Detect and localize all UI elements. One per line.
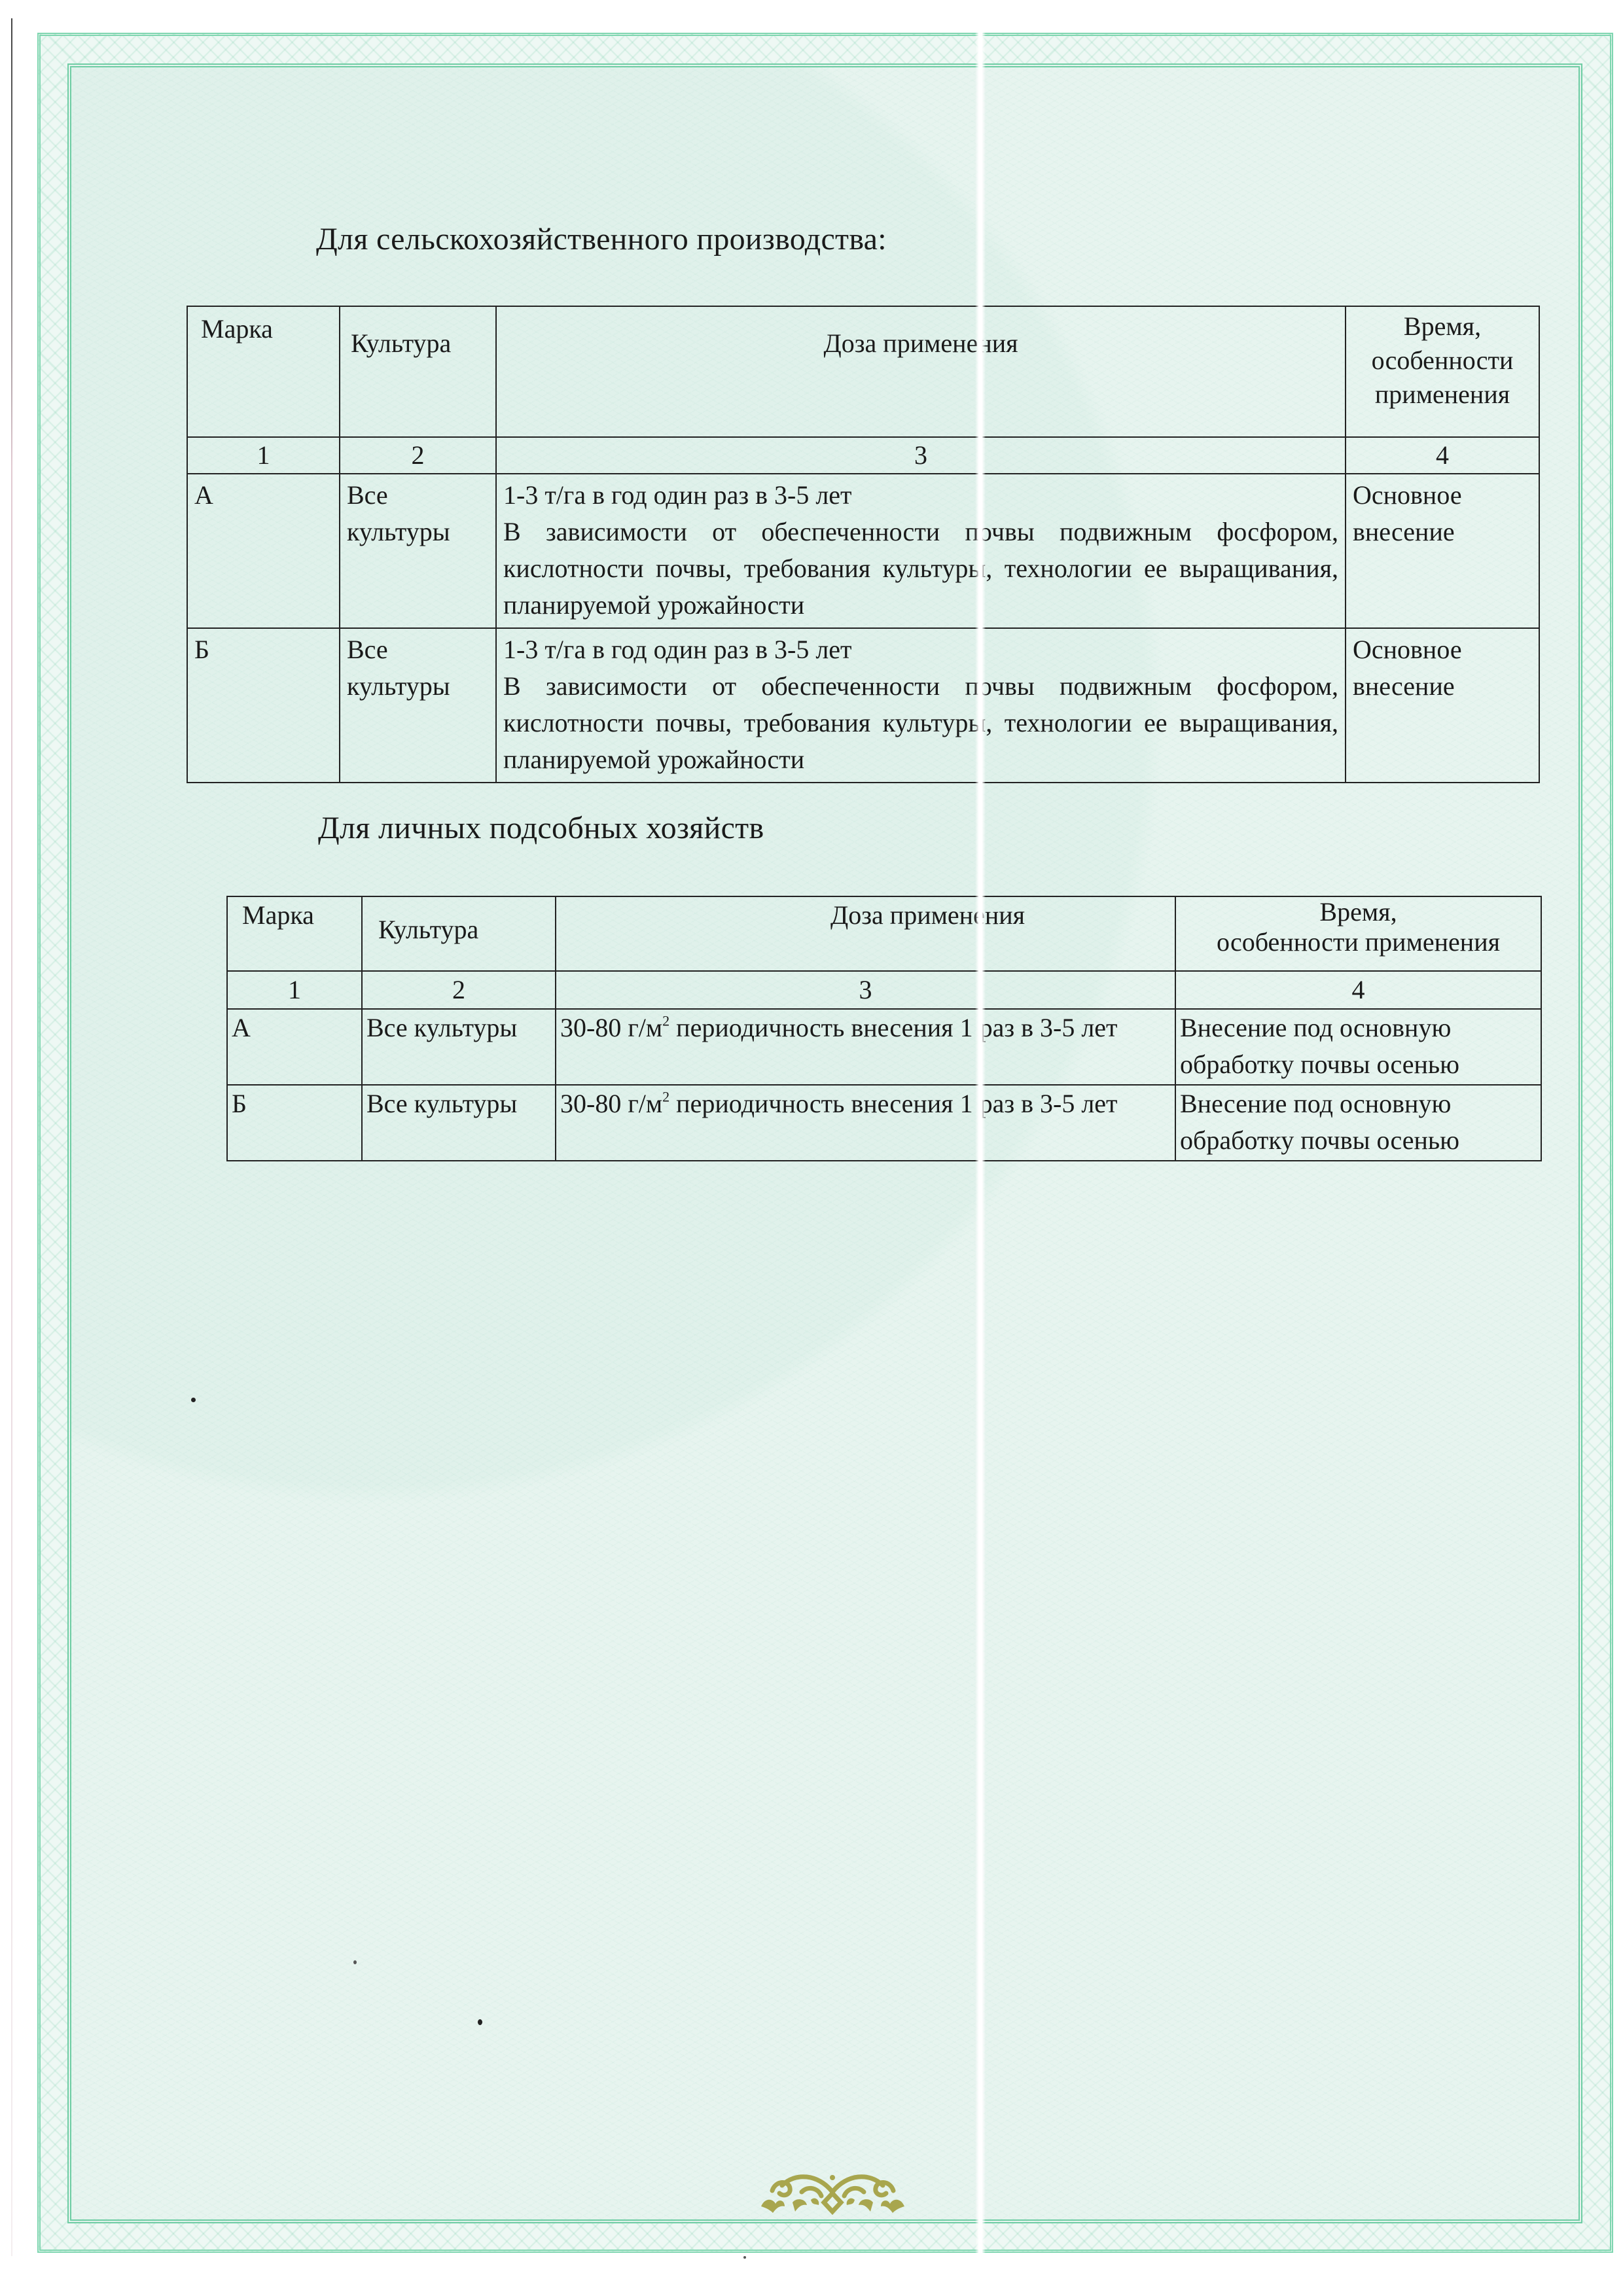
cell-mark: А <box>187 474 340 628</box>
dose-text: 30-80 г/м2 периодичность внесения 1 раз … <box>560 1086 1168 1122</box>
floral-ornament-icon <box>756 2166 910 2218</box>
header-time-line1: Время, <box>1319 897 1397 927</box>
agricultural-dosage-table: Марка Культура Доза применения Время, ос… <box>187 306 1540 783</box>
cell-crop: Все культуры <box>340 474 496 628</box>
section-title-private-households: Для личных подсобных хозяйств <box>318 810 764 846</box>
column-number-row: 1 2 3 4 <box>227 971 1541 1009</box>
table-row: А Все культуры 1-3 т/га в год один раз в… <box>187 474 1539 628</box>
dose-rate: 1-3 т/га в год один раз в 3-5 лет <box>503 477 1338 514</box>
private-household-dosage-table: Марка Культура Доза применения Время, ос… <box>226 896 1542 1161</box>
table-header-row: Марка Культура Доза применения Время, ос… <box>227 896 1541 971</box>
column-number: 2 <box>340 437 496 474</box>
unit-exponent: 2 <box>662 1089 669 1105</box>
scan-speck <box>191 1398 196 1402</box>
scan-speck <box>478 2019 482 2025</box>
cell-crop: Все культуры <box>362 1009 556 1085</box>
cell-mark: Б <box>187 628 340 783</box>
dose-rate: 1-3 т/га в год один раз в 3-5 лет <box>503 631 1338 668</box>
header-time: Время, особенности применения <box>1346 306 1539 437</box>
dose-conditions: В зависимости от обеспеченности почвы по… <box>503 514 1338 624</box>
header-mark: Марка <box>227 896 362 971</box>
header-crop: Культура <box>362 896 556 971</box>
scan-speck <box>353 1960 357 1964</box>
unit-exponent: 2 <box>662 1013 669 1029</box>
cell-crop: Все культуры <box>362 1085 556 1161</box>
section-title-agricultural: Для сельскохозяйственного производства: <box>316 221 887 257</box>
cell-dose: 30-80 г/м2 периодичность внесения 1 раз … <box>556 1085 1175 1161</box>
header-dose: Доза применения <box>496 306 1346 437</box>
column-number: 2 <box>362 971 556 1009</box>
dose-amount: 30-80 г/м <box>560 1089 662 1118</box>
header-crop: Культура <box>340 306 496 437</box>
cell-mark: Б <box>227 1085 362 1161</box>
cell-dose: 1-3 т/га в год один раз в 3-5 лет В зави… <box>496 474 1346 628</box>
cell-time: Внесение под основную обработку почвы ос… <box>1175 1009 1541 1085</box>
dose-conditions: В зависимости от обеспеченности почвы по… <box>503 668 1338 778</box>
scan-artifact-stripe <box>975 0 986 2296</box>
document-page: Для сельскохозяйственного производства: … <box>0 0 1623 2296</box>
cell-crop: Все культуры <box>340 628 496 783</box>
scan-edge-line <box>11 18 12 2256</box>
table-row: А Все культуры 30-80 г/м2 периодичность … <box>227 1009 1541 1085</box>
scan-speck <box>743 2256 746 2259</box>
header-time-line2: особенности применения <box>1217 927 1500 957</box>
dose-frequency: периодичность внесения 1 раз в 3-5 лет <box>669 1089 1117 1118</box>
header-mark: Марка <box>187 306 340 437</box>
cell-time: Основное внесение <box>1346 474 1539 628</box>
dose-frequency: периодичность внесения 1 раз в 3-5 лет <box>669 1013 1117 1042</box>
cell-mark: А <box>227 1009 362 1085</box>
cell-dose: 30-80 г/м2 периодичность внесения 1 раз … <box>556 1009 1175 1085</box>
column-number: 3 <box>556 971 1175 1009</box>
dose-amount: 30-80 г/м <box>560 1013 662 1042</box>
column-number: 1 <box>187 437 340 474</box>
header-time: Время, особенности применения <box>1175 896 1541 971</box>
column-number: 3 <box>496 437 1346 474</box>
cell-time: Основное внесение <box>1346 628 1539 783</box>
column-number: 4 <box>1346 437 1539 474</box>
column-number-row: 1 2 3 4 <box>187 437 1539 474</box>
cell-dose: 1-3 т/га в год один раз в 3-5 лет В зави… <box>496 628 1346 783</box>
table-row: Б Все культуры 30-80 г/м2 периодичность … <box>227 1085 1541 1161</box>
header-dose: Доза применения <box>556 896 1175 971</box>
table-header-row: Марка Культура Доза применения Время, ос… <box>187 306 1539 437</box>
column-number: 1 <box>227 971 362 1009</box>
table-row: Б Все культуры 1-3 т/га в год один раз в… <box>187 628 1539 783</box>
dose-text: 30-80 г/м2 периодичность внесения 1 раз … <box>560 1010 1168 1046</box>
column-number: 4 <box>1175 971 1541 1009</box>
cell-time: Внесение под основную обработку почвы ос… <box>1175 1085 1541 1161</box>
